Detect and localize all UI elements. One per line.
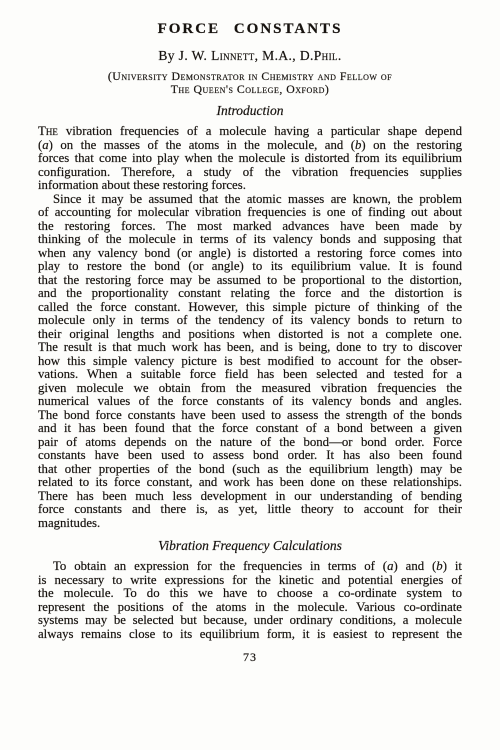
paragraph: The vibration frequencies of a molecule … <box>38 125 462 193</box>
text-line: given molecule we obtain from the measur… <box>38 382 462 396</box>
text-line: constants have been used to assess bond … <box>38 449 462 463</box>
page-title: FORCE CONSTANTS <box>0 21 500 38</box>
text-line: thinking of the molecule in terms of its… <box>38 233 462 247</box>
byline-degree-suffix: Phil. <box>314 48 342 63</box>
section-heading: Introduction <box>38 103 462 119</box>
text-line: and it has been found that the force con… <box>38 422 462 436</box>
author-name: Linnett, <box>211 48 258 63</box>
text-line: The result is that much work has been, a… <box>38 341 462 355</box>
text-line: of accounting for molecular vibration fr… <box>38 206 462 220</box>
text-line: configuration. Therefore, a study of the… <box>38 166 462 180</box>
paragraph: To obtain an expression for the frequenc… <box>38 560 462 641</box>
affiliation-line-1: (University Demonstrator in Chemistry an… <box>0 70 500 83</box>
text-line: numerical values of the force constants … <box>38 395 462 409</box>
section-heading: Vibration Frequency Calculations <box>38 538 462 554</box>
byline-degrees: M.A., D. <box>258 48 313 63</box>
byline: By J. W. Linnett, M.A., D.Phil. <box>0 48 500 64</box>
text-line: play to restore the bond (or angle) to i… <box>38 260 462 274</box>
text-line: the restoring forces. The most marked ad… <box>38 220 462 234</box>
text-line: Since it may be assumed that the atomic … <box>38 193 462 207</box>
text-line: and the proportionality constant relatin… <box>38 287 462 301</box>
text-line: molecule only in terms of the tendency o… <box>38 314 462 328</box>
text-line: that other properties of the bond (such … <box>38 463 462 477</box>
text-line: the molecule. To do this we have to choo… <box>38 587 462 601</box>
text-line: represent the positions of the atoms in … <box>38 601 462 615</box>
text-line: To obtain an expression for the frequenc… <box>38 560 462 574</box>
page-number: 73 <box>0 650 500 665</box>
text-line: systems may be selected but because, und… <box>38 614 462 628</box>
text-line: always remains close to its equilibrium … <box>38 628 462 642</box>
text-line: information about these restoring forces… <box>38 179 462 193</box>
text-line: The bond force constants have been used … <box>38 409 462 423</box>
text-line: how this simple valency picture is best … <box>38 355 462 369</box>
text-line: their original lengths and positions whe… <box>38 328 462 342</box>
byline-prefix: By J. W. <box>158 48 211 63</box>
text-line: is necessary to write expressions for th… <box>38 574 462 588</box>
document-page: FORCE CONSTANTS By J. W. Linnett, M.A., … <box>0 0 500 750</box>
text-line: when any valency bond (or angle) is dist… <box>38 247 462 261</box>
text-line: forces that come into play when the mole… <box>38 152 462 166</box>
text-line: called the force constant. However, this… <box>38 301 462 315</box>
text-line: vations. When a suitable force field has… <box>38 368 462 382</box>
text-line: There has been much less development in … <box>38 490 462 504</box>
text-line: related to its force constant, and work … <box>38 476 462 490</box>
text-line: The vibration frequencies of a molecule … <box>38 125 462 139</box>
text-line: (a) on the masses of the atoms in the mo… <box>38 139 462 153</box>
text-line: pair of atoms depends on the nature of t… <box>38 436 462 450</box>
text-line: magnitudes. <box>38 517 462 531</box>
article-body: IntroductionThe vibration frequencies of… <box>38 103 462 641</box>
paragraph: Since it may be assumed that the atomic … <box>38 193 462 531</box>
text-line: force constants and there is, as yet, li… <box>38 503 462 517</box>
text-line: that the restoring force may be assumed … <box>38 274 462 288</box>
affiliation-line-2: The Queen's College, Oxford) <box>0 83 500 96</box>
